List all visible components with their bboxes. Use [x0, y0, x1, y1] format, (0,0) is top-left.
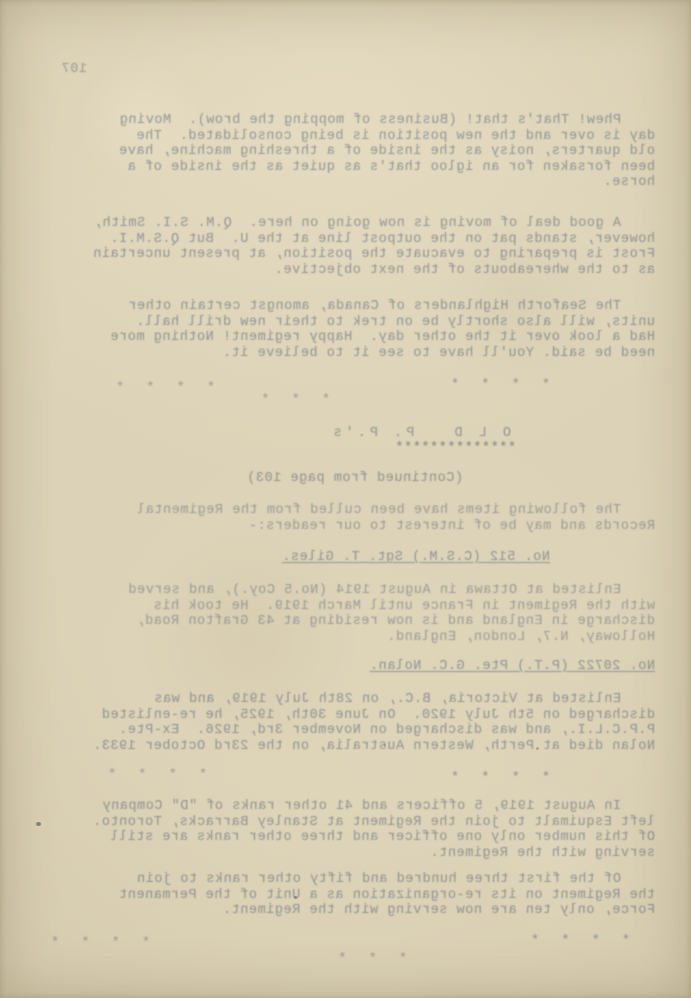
- ghost-paragraph-moving-day: Phew! That's that! (Business of mopping …: [25, 113, 655, 191]
- ghost-paragraph-quartermaster: A good deal of moving is now going on he…: [25, 216, 655, 278]
- ghost-heading-giles: No. 512 (C.S.M.) Sgt. T. Giles.: [282, 550, 550, 566]
- asterisk-separator: * * *: [336, 952, 407, 967]
- ink-speck: [294, 896, 297, 899]
- ghost-heading-nolan: No. 20722 (P.T.) Pte. G.C. Nolan.: [370, 659, 656, 675]
- ink-speck: [536, 747, 539, 750]
- ghost-heading-underline: **************: [395, 441, 516, 457]
- ink-speck: [36, 822, 41, 826]
- asterisk-separator: * * * *: [449, 378, 550, 393]
- ghost-paragraph-nolan: Enlisted at Victoria, B.C., on 28th July…: [25, 692, 655, 754]
- page-number: 107: [61, 62, 87, 78]
- ghost-paragraph-intro: The following items have been culled fro…: [25, 503, 655, 534]
- ghost-heading-old-pps: O L D P. P.'s: [329, 426, 511, 442]
- asterisk-separator: * * * *: [449, 771, 550, 786]
- show-through-layer: 107 Phew! That's that! (Business of mopp…: [0, 0, 691, 998]
- asterisk-separator: * * * *: [106, 768, 207, 783]
- ghost-paragraph-giles: Enlisted at Ottawa in August 1914 (No.5 …: [25, 583, 655, 645]
- ghost-paragraph-seaforth: The Seaforth Highlanders of Canada, amon…: [25, 299, 655, 361]
- asterisk-separator: * * * *: [49, 936, 150, 951]
- asterisk-separator: * * * *: [114, 381, 215, 396]
- ghost-paragraph-d-company: In August 1919, 5 officers and 41 other …: [25, 799, 655, 861]
- asterisk-separator: * * *: [259, 393, 330, 408]
- asterisk-separator: * * * *: [529, 934, 630, 949]
- ink-speck: [384, 744, 386, 747]
- ghost-paragraph-first-350: Of the first three hundred and fifty oth…: [25, 872, 655, 919]
- ghost-continued-line: (Continued from page 103): [247, 471, 463, 487]
- scanned-page: 107 Phew! That's that! (Business of mopp…: [0, 0, 691, 998]
